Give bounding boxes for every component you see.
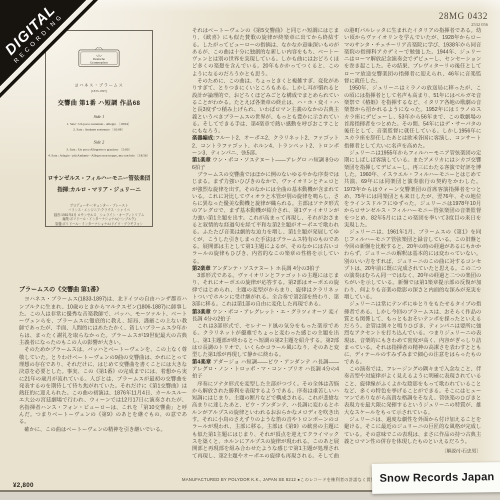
catalog-number-block: 28MG 0432 2532 056 [408, 11, 488, 27]
side2-label: Side 2 [94, 141, 104, 145]
liner-left-column: ブラームスの《交響曲 第1番》 ヨハネス・ブラームス(1833-1897)は、北… [19, 286, 187, 478]
liner-paragraph: 第3楽章 ウン・ポコ・アレグレット・エ・グラツィオーソ 変イ長調 4分の2拍子 [192, 308, 339, 322]
record-sleeve-back: DIGITAL RECORDING 28MG 0432 2532 056 Deu… [0, 0, 500, 492]
liner-paragraph: 3部形式である。ヴァイオリンとファゴットの主題にはじまり、それにオーボエの旋律が… [192, 272, 339, 308]
side1-tracklist: 1. Satz : Un poco sostenuto - Allegro 〔1… [67, 122, 132, 134]
snow-records-watermark: Snow Records Japan [372, 462, 500, 494]
liner-paragraph: ブラームスの交響曲ではほかに例のないゆるやかな序奏ではじまる。まず力強いひびきの… [192, 171, 339, 265]
liner-paragraph: 第2楽章 アンダンテ・ソステヌート ホ長調 4分の3拍子 [192, 265, 339, 272]
liner-paragraph: ジュリーニは常にテンポにゆとりをもたせるタイプの指揮者である。しかし今回のブラー… [344, 301, 481, 366]
reviewer-byline: 〔解説/小石忠男〕 [344, 449, 481, 456]
album-back-cover-scan: DIGITAL RECORDING 28MG 0432 2532 056 Deu… [0, 0, 500, 500]
svg-text:Grammophon: Grammophon [90, 61, 108, 65]
composer-dates: (1833-1897) [91, 89, 107, 93]
conductor-name: 指揮:カルロ・マリア・ジュリーニ [57, 185, 141, 193]
liner-paragraph: ジュリーニは、1961年1月、ブラームスの《第1》を同じフィルハーモニア管弦楽団… [344, 229, 481, 301]
liner-paragraph: の港町バルレッタに生まれたイタリアの指揮者である。幼い頃からヴァイオリンを学んで… [344, 27, 481, 85]
liner-paragraph: ヨハネス・ブラームス(1833-1897)は、北ドイツの自由ハンザ都市ハンブルク… [19, 296, 187, 346]
orchestra-name: ロサンゼルス・フィルハーモニー管弦楽団 [48, 174, 150, 182]
track-item: 4. Satz : Adagio - più Andante - Allegro… [48, 154, 150, 160]
liner-paragraph: それはベートーヴェンの《第5交響曲》と同じハ短調にはじまり、《歓喜》にも似た賛歌… [192, 27, 339, 77]
deutsche-grammophon-logo-icon: Deutsche Grammophon [78, 46, 120, 68]
side2-tracklist: 3. Satz : Un poco Allegretto e grazioso … [48, 148, 150, 160]
liner-paragraph: ジュリーニは1955年からフィルハーモニア管弦楽団の定期にしばしば客演している。… [344, 150, 481, 229]
liner-paragraph: 序奏にソナタ形式を変型した主部がつづく。その全体は苦悩から解放された勝利を表現す… [192, 380, 339, 459]
liner-heading: ブラームスの《交響曲 第1番》 [19, 286, 187, 293]
liner-paragraph: 第4楽章 アダージョ ハ短調――ピウ・アンダンテ ハ長調――アレグロ・ノン・トロ… [192, 359, 339, 381]
price: ¥2,800 [13, 482, 34, 489]
liner-paragraph: そのために、この曲は、ちょっときくと複雑すぎ、変化がありすぎて、とりつきにくいと… [192, 77, 339, 135]
liner-paragraph: ジュリーニは、過度な劇性を外面から付け加えることを避ける。そこに最近のジュリーニ… [344, 416, 481, 445]
liner-paragraph: そのためかブラームスは、バッハとベートーヴェンを、この上なく尊敬していた。とりわ… [19, 346, 187, 425]
liner-paragraph: これは3部形式で、セレナード風の気分をもった楽章である。クラリネットが優雅でちょ… [192, 323, 339, 359]
recording-credits: プロデューサー:ギュンター・ブレーストバランス・エンジニア:クラウス・シャイベ録… [54, 204, 144, 227]
liner-middle-column: それはベートーヴェンの《第5交響曲》と同じハ短調にはじまり、《歓喜》にも似た賛歌… [192, 27, 339, 459]
liner-right-column: の港町バルレッタに生まれたイタリアの指揮者である。幼い頃からヴァイオリンを学んで… [344, 27, 481, 465]
catalog-number: 28MG 0432 [408, 11, 488, 21]
title-tracklist-box: Deutsche Grammophon ヨハネス・ブラームス (1833-189… [45, 30, 153, 227]
liner-paragraph: 楽器編成:フルート2、オーボエ2、クラリネット2、ファゴット2、コントラファゴッ… [192, 135, 339, 157]
snow-records-watermark-text: Snow Records Japan [379, 471, 494, 485]
liner-paragraph: この演奏では、フレージングの隅々まで入念なこと、伴奏音型や対旋律がよく見えるよう… [344, 366, 481, 416]
liner-paragraph: 第1楽章 ウン・ポコ・ソステヌート――アレグロ ハ短調 8分の6拍子 [192, 157, 339, 171]
liner-paragraph: 1950年、ジュリーニはミラノの放送局に移ったが、この頃には指揮者として名声も高… [344, 85, 481, 150]
album-title: 交響曲 第1番 ハ短調 作品68 [58, 98, 141, 107]
liner-paragraph: 確かに、この曲はベートーヴェンの精神を引き継いでいる。 [19, 426, 187, 433]
track-item: 2. Satz : Andante sostenuto 〔10:08〕 [73, 128, 125, 134]
composer-name: ヨハネス・ブラームス [75, 81, 124, 87]
side1-label: Side 1 [94, 115, 104, 119]
credit-line: 原盤:ポリドール・インターナショナル/ドイツ・グラモフォン [55, 222, 143, 227]
